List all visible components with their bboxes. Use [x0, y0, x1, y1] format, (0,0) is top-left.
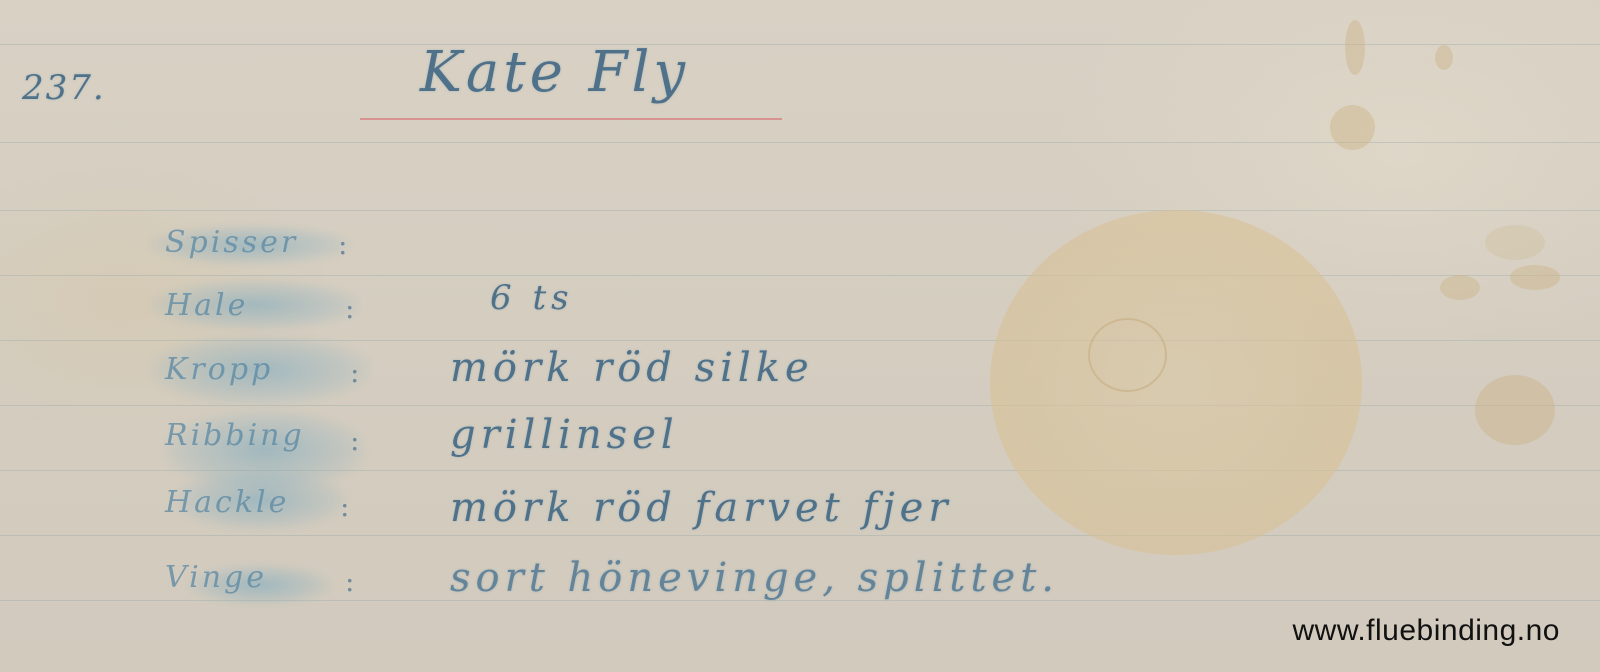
recipe-label-kropp: Kropp — [165, 352, 273, 387]
recipe-value-hale: 6 ts — [490, 278, 574, 318]
recipe-label-hale: Hale — [165, 288, 248, 323]
recipe-value-kropp: mörk röd silke — [450, 345, 814, 391]
label-colon: : — [338, 228, 347, 261]
coffee-stain-inner-ring — [1088, 318, 1167, 392]
label-colon: : — [350, 356, 359, 389]
stain-spot — [1345, 20, 1365, 75]
recipe-value-ribbing: grillinsel — [450, 412, 679, 458]
stain-spot — [1330, 105, 1375, 150]
label-colon: : — [350, 424, 359, 457]
coffee-stain — [990, 210, 1362, 555]
ruled-line — [0, 275, 1600, 276]
ruled-line — [0, 535, 1600, 536]
stain-spot — [1435, 45, 1453, 70]
watermark: www.fluebinding.no — [1292, 614, 1560, 648]
label-colon: : — [340, 490, 349, 523]
recipe-label-vinge: Vinge — [165, 560, 267, 595]
stain-spot — [1440, 275, 1480, 300]
title-underline — [360, 118, 782, 120]
recipe-label-hackle: Hackle — [165, 485, 289, 520]
page-title: Kate Fly — [420, 40, 689, 105]
label-colon: : — [345, 292, 354, 325]
recipe-label-ribbing: Ribbing — [165, 418, 305, 453]
recipe-value-vinge: sort hönevinge, splittet. — [450, 555, 1059, 601]
recipe-value-hackle: mörk röd farvet fjer — [450, 485, 952, 531]
entry-number: 237. — [22, 68, 106, 108]
ruled-line — [0, 210, 1600, 211]
stain-spot — [1510, 265, 1560, 290]
label-colon: : — [345, 565, 354, 598]
recipe-label-spisser: Spisser — [165, 225, 298, 260]
stain-spot — [1475, 375, 1555, 445]
stain-spot — [1485, 225, 1545, 260]
notebook-page: 237. Kate Fly Spisser Hale Kropp Ribbing… — [0, 0, 1600, 672]
